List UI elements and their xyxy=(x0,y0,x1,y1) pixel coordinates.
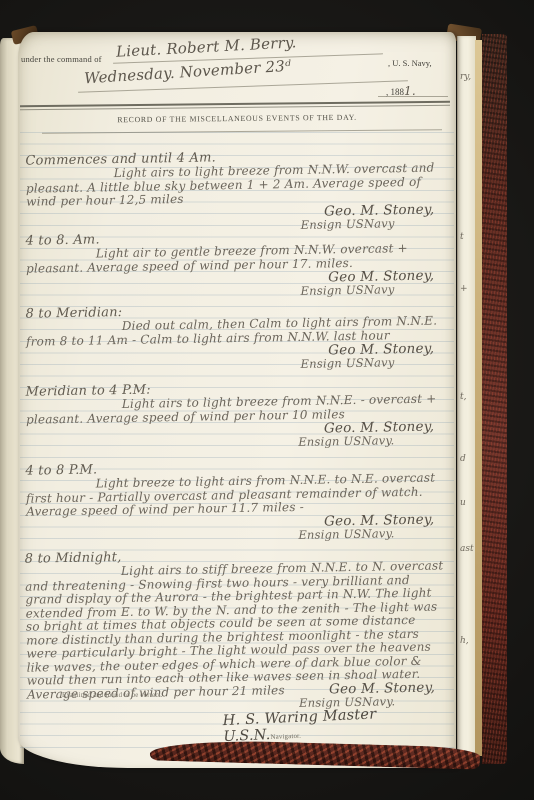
edge-fragment: t, xyxy=(460,392,466,402)
edge-fragment: ry, xyxy=(460,72,471,82)
edge-fragment: ast xyxy=(460,544,474,554)
navigator-printed-label: Navigator. xyxy=(270,733,301,741)
edge-fragment: d xyxy=(460,454,466,464)
log-entry-8-to-meridian: 8 to Meridian: Died out calm, then Calm … xyxy=(25,299,448,375)
header-rule xyxy=(378,96,448,97)
examined-note: Examined and found to be correct. xyxy=(62,692,163,699)
edge-fragment: h, xyxy=(460,636,469,646)
log-entry-4-to-8pm: 4 to 8 P.M. Light breeze to light airs f… xyxy=(25,456,448,546)
log-entry-8-to-midnight: 8 to Midnight, Light airs to stiff breez… xyxy=(25,544,450,714)
record-title: RECORD OF THE MISCELLANEOUS EVENTS OF TH… xyxy=(18,112,456,126)
log-entry-meridian-to-4pm: Meridian to 4 P.M: Light airs to light b… xyxy=(25,377,448,453)
edge-fragment: u xyxy=(460,498,466,508)
date-line: Wednesday. November 23ᵈ xyxy=(84,57,292,88)
next-page-edge: ry, t + t, d u ast h, xyxy=(457,36,476,762)
book-spine-leather xyxy=(482,34,507,764)
photo-background: under the command of Lieut. Robert M. Be… xyxy=(0,0,534,800)
command-label: under the command of xyxy=(21,54,102,64)
edge-fragment: t xyxy=(460,232,464,242)
edge-fragment: + xyxy=(460,284,468,294)
gilt-page-edge xyxy=(475,40,482,756)
logbook-page: under the command of Lieut. Robert M. Be… xyxy=(18,32,456,768)
navy-label: , U. S. Navy, xyxy=(388,58,432,68)
log-entry-4-to-8am: 4 to 8. Am. Light air to gentle breeze f… xyxy=(25,226,448,302)
log-entry-commences-to-4am: Commences and until 4 Am. Light airs to … xyxy=(25,146,448,236)
